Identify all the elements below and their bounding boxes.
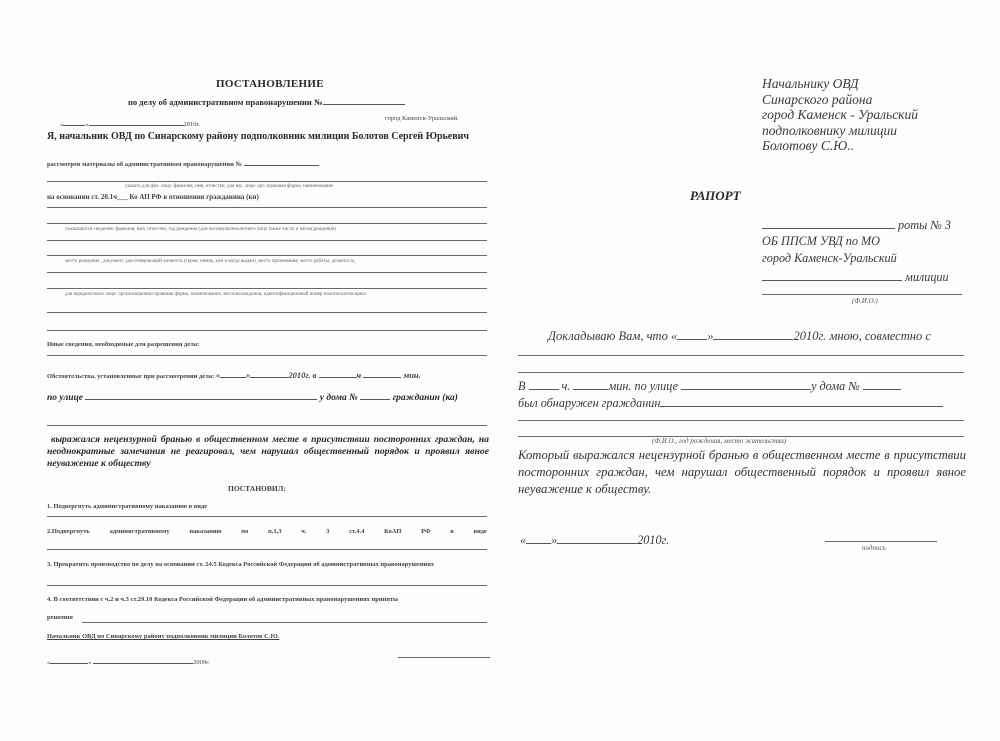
circ-day-field[interactable] bbox=[220, 367, 246, 378]
militia-row: милиции bbox=[762, 268, 949, 285]
house-field[interactable] bbox=[360, 389, 390, 400]
company-row: роты № 3 bbox=[762, 216, 951, 233]
resolution-city: город Каменск-Уральский. bbox=[385, 115, 459, 122]
time-row: В ч. мин. по улице у дома № bbox=[518, 377, 901, 394]
found-person-field[interactable] bbox=[660, 394, 943, 407]
basis-line[interactable] bbox=[47, 207, 487, 208]
signature-date-left: «» 2009г. bbox=[47, 653, 210, 666]
circ-hour-field[interactable] bbox=[319, 367, 357, 378]
addressee-block: Начальнику ОВД Синарского района город К… bbox=[762, 76, 918, 154]
hint-person-type: указать для физ. лица -фамилия, имя, отч… bbox=[125, 184, 333, 189]
unit-label: ОБ ППСМ УВД по МО bbox=[762, 234, 880, 249]
resolution-date: «»2010г. bbox=[60, 115, 200, 128]
date-month-field[interactable] bbox=[89, 115, 184, 126]
hint-personal-data: указываются сведения: фамилия, имя, отче… bbox=[65, 227, 336, 232]
signatory: Начальник ОВД по Синарскому району подпо… bbox=[47, 633, 279, 640]
basis-article: на основании ст. 20.1ч___ Ко АП РФ в отн… bbox=[47, 193, 259, 201]
extra-line-1[interactable] bbox=[47, 312, 487, 313]
report-title: РАПОРТ bbox=[690, 188, 741, 204]
person-hint: (Ф.И.О., год рождения, место жительства) bbox=[652, 437, 786, 445]
materials-number-field[interactable] bbox=[244, 155, 319, 166]
offense-paragraph-right: Который выражался нецензурной бранью в о… bbox=[518, 447, 966, 498]
signature-line-right[interactable] bbox=[825, 541, 937, 542]
official-statement: Я, начальник ОВД по Синарскому району по… bbox=[47, 131, 469, 142]
hint-legal-entity: для юридического лица- организационно-пр… bbox=[65, 292, 366, 297]
time-hour-field[interactable] bbox=[529, 377, 559, 390]
decisions-label: решения bbox=[47, 614, 73, 621]
report-house-field[interactable] bbox=[863, 377, 901, 390]
street-row: по улице у дома № гражданин (ка) bbox=[47, 389, 458, 403]
partner-line-1[interactable] bbox=[518, 355, 964, 356]
item-2-line[interactable] bbox=[47, 549, 487, 550]
officer-name-line[interactable] bbox=[762, 294, 962, 295]
item-1: 1. Подвергнуть административному наказан… bbox=[47, 503, 207, 510]
report-intro-row: Докладываю Вам, что «»2010г. мною, совме… bbox=[548, 327, 931, 344]
resolution-title: ПОСТАНОВЛЕНИЕ bbox=[216, 78, 324, 90]
officer-rank-field[interactable] bbox=[762, 268, 902, 281]
citizen-line[interactable] bbox=[47, 425, 487, 426]
person-line-1[interactable] bbox=[518, 420, 964, 421]
sign-month-field[interactable] bbox=[93, 653, 193, 664]
birthplace-line[interactable] bbox=[47, 255, 487, 256]
item-3: 3. Прекратить производство по делу на ос… bbox=[47, 560, 489, 570]
signature-hint: подпись bbox=[862, 544, 886, 552]
birthplace-line-2[interactable] bbox=[47, 272, 487, 273]
city-label: город Каменск-Уральский bbox=[762, 251, 897, 266]
circ-min-field[interactable] bbox=[363, 367, 401, 378]
report-month-field[interactable] bbox=[713, 327, 793, 340]
item-3-line[interactable] bbox=[47, 585, 487, 586]
item-1-line[interactable] bbox=[47, 516, 487, 517]
report-date-month-field[interactable] bbox=[557, 531, 637, 544]
circumstances-row: Обстоятельства, установленные при рассмо… bbox=[47, 367, 421, 380]
report-date-day-field[interactable] bbox=[526, 531, 551, 544]
fio-hint: (Ф.И.О.) bbox=[852, 297, 878, 305]
time-min-field[interactable] bbox=[573, 377, 608, 390]
report-day-field[interactable] bbox=[677, 327, 707, 340]
item-4: 4. В соответствии с ч.2 и ч.3 ст.29.10 К… bbox=[47, 596, 398, 603]
person-line[interactable] bbox=[47, 181, 487, 182]
personal-data-line-2[interactable] bbox=[47, 240, 487, 241]
found-row: был обнаружен гражданин bbox=[518, 394, 943, 411]
circ-month-field[interactable] bbox=[250, 367, 288, 378]
report-date-row: «»2010г. bbox=[520, 531, 669, 548]
legal-entity-line[interactable] bbox=[47, 288, 487, 289]
rank-field[interactable] bbox=[762, 216, 895, 229]
case-number-field[interactable] bbox=[323, 94, 405, 105]
partner-line-2[interactable] bbox=[518, 372, 964, 373]
resolution-subtitle: по делу об административном правонарушен… bbox=[128, 94, 405, 107]
extra-line-2[interactable] bbox=[47, 330, 487, 331]
personal-data-line[interactable] bbox=[47, 223, 487, 224]
other-info-line[interactable] bbox=[47, 355, 487, 356]
decisions-line[interactable] bbox=[82, 622, 487, 623]
offense-paragraph-left: выражался нецензурной бранью в обществен… bbox=[47, 434, 489, 470]
item-2: 2.Подвергнуть административному наказани… bbox=[47, 528, 487, 535]
street-field[interactable] bbox=[85, 389, 317, 400]
signature-line-left[interactable] bbox=[398, 657, 490, 658]
other-info-label: Иные сведения, необходимые для разрешени… bbox=[47, 341, 199, 348]
hint-birthplace: место рождения , документ, удостоверяющи… bbox=[65, 259, 356, 264]
decided-heading: ПОСТАНОВИЛ: bbox=[228, 484, 286, 493]
report-street-field[interactable] bbox=[681, 377, 811, 390]
reviewed-materials: рассмотрев материалы об административном… bbox=[47, 155, 319, 168]
sign-day-field[interactable] bbox=[50, 653, 88, 664]
date-day-field[interactable] bbox=[63, 115, 85, 126]
